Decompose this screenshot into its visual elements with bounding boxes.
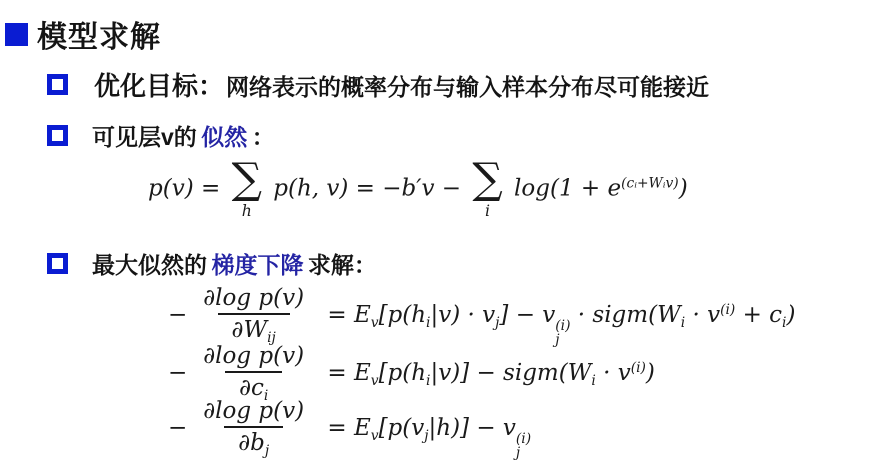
bullet-visible-layer-likelihood: 可见层v的 似然 ： [47, 119, 275, 152]
formula-gradient-c: −∂log p(v)∂ci = Ev[p(hi|v)] − sigm(Wi · … [168, 343, 655, 405]
likelihood-post: ： [252, 124, 275, 150]
formula-likelihood: p(v) = ∑h p(h, v) = −b′v − ∑i log(1 + e(… [148, 160, 688, 219]
gradient-highlight: 梯度下降 [211, 252, 303, 278]
gradient-pre: 最大似然的 [92, 252, 207, 278]
bullet-square-icon [47, 74, 68, 95]
optimization-goal-body: 网络表示的概率分布与输入样本分布尽可能接近 [226, 69, 709, 102]
formula-gradient-w-row: −∂log p(v)∂Wij = Ev[p(hi|v) · vj] − v(i)… [168, 285, 795, 348]
bullet-square-icon [47, 125, 68, 146]
bullet-gradient-descent: 最大似然的 梯度下降 求解： [47, 247, 377, 280]
likelihood-pre: 可见层v的 [92, 124, 197, 150]
slide: 模型求解 优化目标： 网络表示的概率分布与输入样本分布尽可能接近 可见层v的 似… [0, 0, 872, 460]
formula-likelihood-row: p(v) = ∑h p(h, v) = −b′v − ∑i log(1 + e(… [148, 160, 688, 219]
likelihood-highlight: 似然 [201, 124, 247, 150]
title-bullet-square-icon [5, 23, 28, 46]
gradient-bullet-text: 最大似然的 梯度下降 求解： [92, 247, 377, 280]
gradient-post: 求解： [308, 252, 377, 278]
optimization-goal-text: 优化目标： 网络表示的概率分布与输入样本分布尽可能接近 [94, 66, 709, 103]
formula-gradient-w: −∂log p(v)∂Wij = Ev[p(hi|v) · vj] − v(i)… [168, 285, 795, 348]
formula-gradient-c-row: −∂log p(v)∂ci = Ev[p(hi|v)] − sigm(Wi · … [168, 343, 655, 405]
bullet-optimization-goal: 优化目标： 网络表示的概率分布与输入样本分布尽可能接近 [47, 66, 709, 103]
slide-title-row: 模型求解 [5, 12, 161, 56]
bullet-square-icon [47, 253, 68, 274]
formula-gradient-b-row: −∂log p(v)∂bj = Ev[p(vj|h)] − v(i)j [168, 398, 531, 460]
optimization-goal-lead: 优化目标： [94, 66, 224, 103]
likelihood-bullet-text: 可见层v的 似然 ： [92, 119, 275, 152]
page-title: 模型求解 [37, 12, 161, 56]
formula-gradient-b: −∂log p(v)∂bj = Ev[p(vj|h)] − v(i)j [168, 398, 531, 460]
